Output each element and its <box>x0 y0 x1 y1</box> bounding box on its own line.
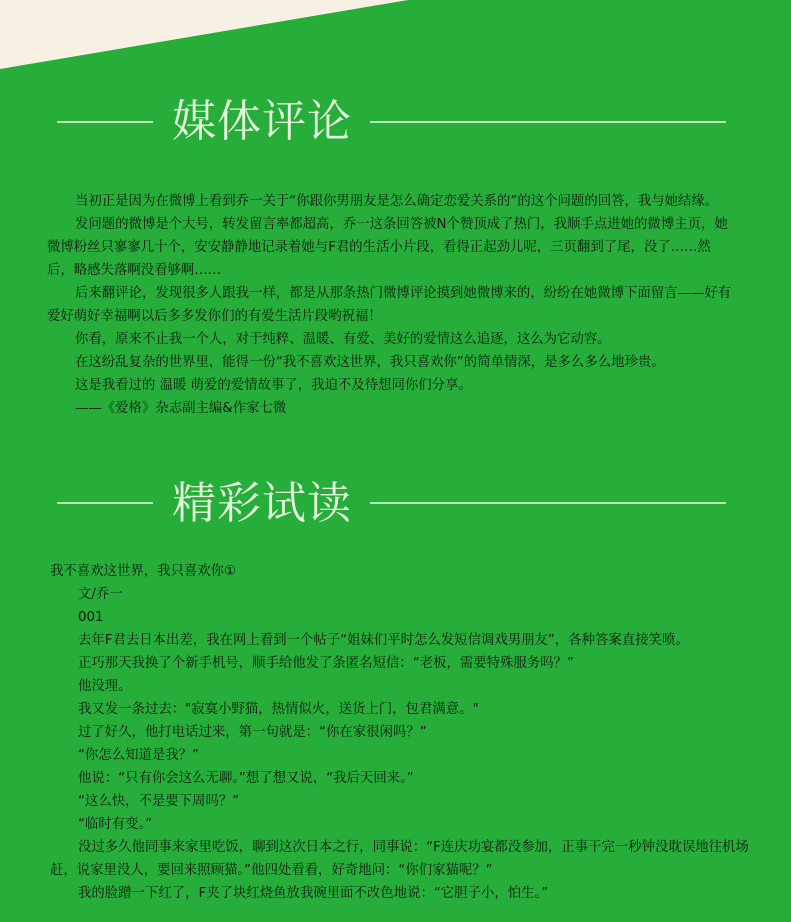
excerpt-paragraph: “你怎么知道是我？” <box>50 744 750 767</box>
review-paragraph: 发问题的微博是个大号，转发留言率都超高，乔一这条回答被N个赞顶成了热门，我顺手点… <box>47 213 737 282</box>
heading-rule-right <box>370 502 726 504</box>
excerpt-paragraph: 没过多久他同事来家里吃饭，聊到这次日本之行，同事说：“F连庆功宴都没参加，正事干… <box>50 836 750 882</box>
excerpt-paragraph: 我又发一条过去："寂寞小野猫，热情似火，送货上门，包君满意。" <box>50 698 750 721</box>
section-number: 001 <box>50 606 750 629</box>
section-title: 精彩试读 <box>172 474 352 534</box>
review-paragraph: 后来翻评论，发现很多人跟我一样，都是从那条热门微博评论摸到她微博来的，纷纷在她微… <box>47 282 737 328</box>
heading-rule-left <box>57 502 153 504</box>
media-review-heading: 媒体评论 <box>0 92 791 152</box>
excerpt-body: 我不喜欢这世界，我只喜欢你① 文/乔一 001 去年F君去日本出差，我在网上看到… <box>50 560 750 905</box>
excerpt-paragraph: 我的脸蹭一下红了，F夹了块红烧鱼放我碗里面不改色地说：“它胆子小，怕生。” <box>50 882 750 905</box>
review-signature: ——《爱格》杂志副主编&作家七微 <box>47 397 737 420</box>
review-paragraph: 当初正是因为在微博上看到乔一关于“你跟你男朋友是怎么确定恋爱关系的”的这个问题的… <box>47 190 737 213</box>
excerpt-paragraph: 过了好久，他打电话过来，第一句就是：“你在家很闲吗？” <box>50 721 750 744</box>
excerpt-paragraph: “临时有变。” <box>50 813 750 836</box>
review-paragraph: 在这纷乱复杂的世界里，能得一份“我不喜欢这世界，我只喜欢你”的简单情深，是多么多… <box>47 351 737 374</box>
excerpt-heading: 精彩试读 <box>0 474 791 534</box>
section-title: 媒体评论 <box>172 92 352 152</box>
excerpt-paragraph: 正巧那天我换了个新手机号，顺手给他发了条匿名短信：“老板，需要特殊服务吗？” <box>50 652 750 675</box>
corner-decoration <box>0 0 420 80</box>
author-line: 文/乔一 <box>50 583 750 606</box>
heading-rule-left <box>57 121 153 123</box>
chapter-title: 我不喜欢这世界，我只喜欢你① <box>50 560 750 583</box>
review-paragraph: 你看，原来不止我一个人，对于纯粹、温暖、有爱、美好的爱情这么追逐，这么为它动容。 <box>47 328 737 351</box>
excerpt-paragraph: 他没理。 <box>50 675 750 698</box>
excerpt-paragraph: “这么快，不是要下周吗？” <box>50 790 750 813</box>
heading-rule-right <box>370 121 726 123</box>
excerpt-paragraph: 去年F君去日本出差，我在网上看到一个帖子“姐妹们平时怎么发短信调戏男朋友”，各种… <box>50 629 750 652</box>
review-paragraph: 这是我看过的 温暖 萌爱的爱情故事了，我迫不及待想同你们分享。 <box>47 374 737 397</box>
media-review-body: 当初正是因为在微博上看到乔一关于“你跟你男朋友是怎么确定恋爱关系的”的这个问题的… <box>47 190 737 420</box>
excerpt-paragraph: 他说：“只有你会这么无聊。”想了想又说，“我后天回来。” <box>50 767 750 790</box>
